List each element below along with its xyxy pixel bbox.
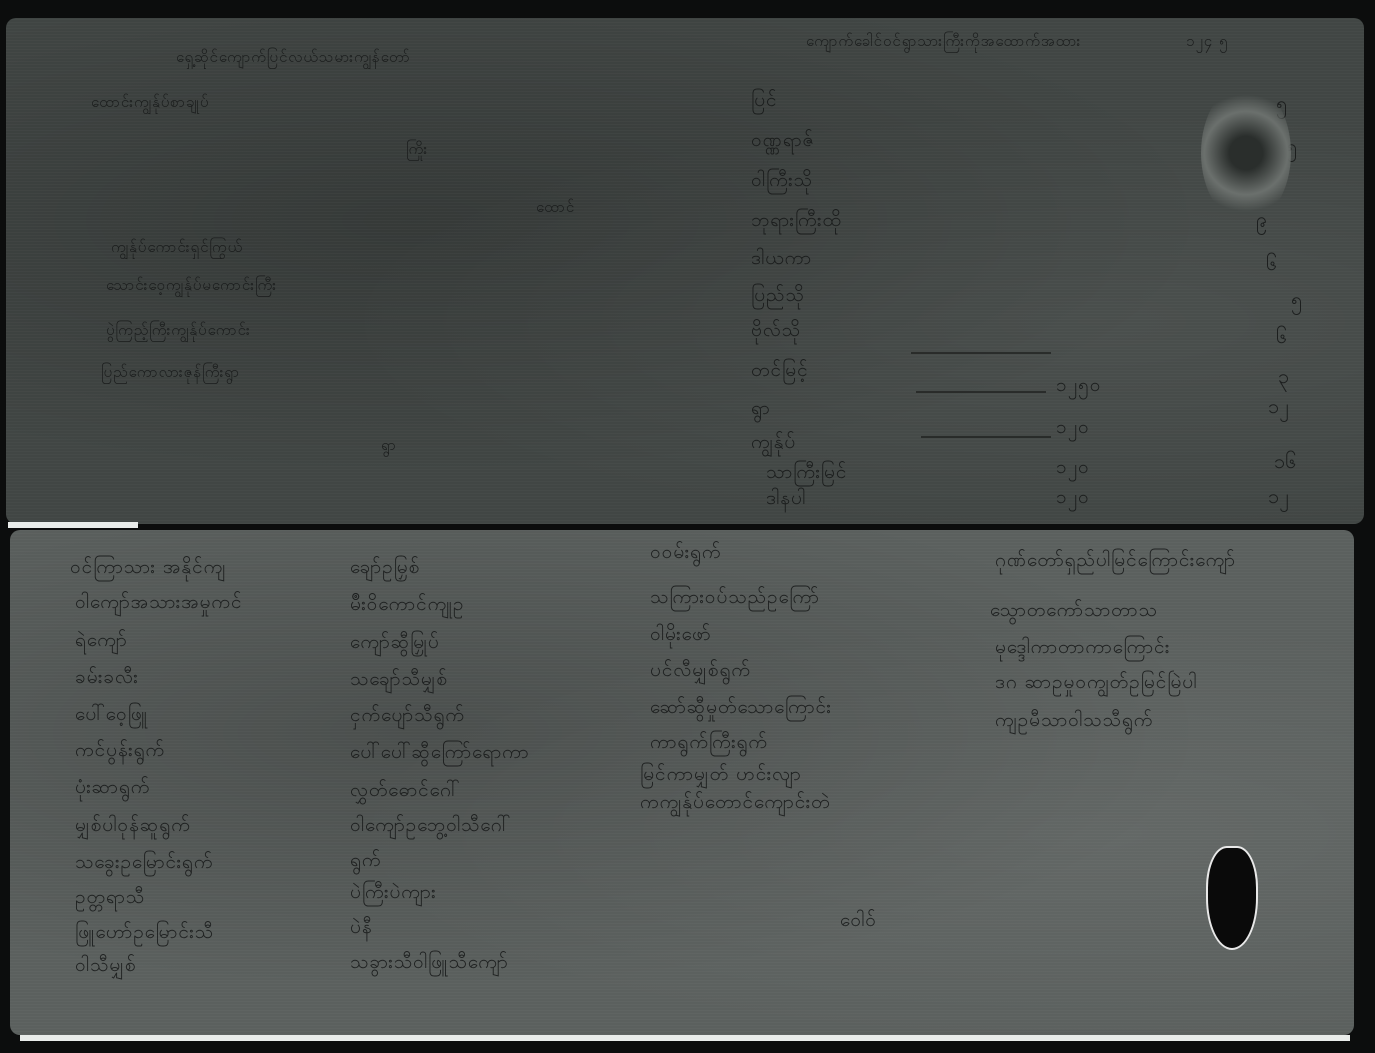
- col4-item: ဂုဏ်တော်ရှည်ပါမြင်ကြောင်းကျော်: [995, 548, 1236, 576]
- paper-hole: [1206, 846, 1258, 950]
- top-line-1: ရှေ့ဆိုင်ကျောက်ပြင်လယ်သမားကျွန်တော်: [176, 48, 411, 70]
- col1-item: သခွေးဥမြောင်းရွက်: [75, 850, 213, 878]
- page-edge: [8, 522, 138, 528]
- damage-stain: [1201, 83, 1291, 223]
- manuscript-bottom-page: ဝင်ကြာသား အနိုင်ကျ ဝါကျော်အသားအမှုကင် ရဲ…: [10, 530, 1354, 1035]
- col4-item: ကျဥမီသာဝါသသီရွက်: [995, 708, 1153, 736]
- col1-item: ဝင်ကြာသား အနိုင်ကျ: [70, 555, 226, 583]
- col3-item: ဝါမိုးဖော်: [650, 622, 712, 650]
- col1-item: ဥတ္တရာသီ: [75, 885, 145, 913]
- top-line-5: ပွဲကြည့်ကြီးကျွန်ုပ်ကောင်း: [106, 321, 251, 343]
- col3-item: ကာရွက်ကြီးရွက်: [650, 730, 768, 758]
- mid-word-2: ထောင်: [536, 198, 575, 220]
- col2-item: ရွက်: [350, 848, 382, 876]
- col3-item: ဝဝမ်းရွက်: [650, 540, 722, 568]
- footer-word: ဝေါဝ်: [840, 908, 877, 936]
- col2-item: လွှတ်ဓောင်ဂေါ်: [350, 778, 460, 806]
- list-item: သာကြီးမြင်: [766, 460, 847, 488]
- col1-item: ပုံးဆာရွက်: [75, 775, 150, 803]
- col2-item: ချော်ဥမြှစ်: [350, 555, 420, 583]
- list-item: တင်မြင့်: [751, 358, 809, 386]
- col2-item: သချော်သီမျှစ်: [350, 667, 448, 695]
- right-numeral: ၁၆: [1274, 448, 1297, 478]
- page-edge: [20, 1035, 1350, 1041]
- amount: ၁၂၀: [1056, 455, 1090, 483]
- col1-item: ခမ်းခလီး: [75, 665, 139, 693]
- col1-item: ကင်ပွန်းရွက်: [75, 738, 165, 766]
- col2-item: မိဳးဝိကောင်ကျုဥ: [350, 592, 464, 620]
- right-numeral: ၁၂: [1268, 393, 1289, 423]
- col2-item: ပေါ်ပေါ်ဆွီကြော်ရောကာ: [350, 740, 530, 768]
- header-marks: ၁၂၄ ၅: [1186, 32, 1228, 54]
- list-item: ပြင်: [751, 88, 778, 116]
- list-item: ပြည်သို: [751, 283, 805, 311]
- col2-item: သခွားသီဝါဖြူသီကျော်: [350, 950, 509, 978]
- list-item: ဝဏ္ဏရာဇ်: [751, 128, 815, 156]
- col2-item: ပဲကြီးပဲကျား: [350, 880, 437, 908]
- col1-item: ရဲကျော်: [75, 628, 128, 656]
- top-line-2: ထောင်းကျွန်ုပ်စာချုပ်: [91, 93, 209, 115]
- rule-line: [916, 391, 1046, 393]
- header-text: ကျောက်ခေါင်ဝင်ရွာသားကြီးကိုအထောက်အထား: [806, 32, 1081, 54]
- amount: ၁၂၀: [1056, 415, 1090, 443]
- list-item: ဒါယကာ: [751, 246, 812, 274]
- col2-item: ပဲနီ: [350, 915, 373, 943]
- top-line-3: ကျွန်ုပ်ကောင်းရှင်ကြွယ်: [111, 238, 243, 260]
- col1-item: ဝါကျော်အသားအမှုကင်: [75, 590, 243, 618]
- list-item: ဗိုလ်သို: [751, 318, 801, 346]
- top-line-6: ပြည်ကောလားဇုန်ကြီးရွာ: [101, 363, 240, 385]
- mid-word-3: ရွာ: [381, 436, 397, 458]
- col1-item: ဝါသီမျှစ်: [75, 953, 137, 981]
- col4-item: ဒဂ ဆာဥမှုဝကျွတ်ဥမြင်မြဲပါ: [995, 670, 1197, 698]
- right-numeral: ၆: [1266, 250, 1277, 280]
- col2-item: ကျော်ဆွီမြှုပ်: [350, 630, 440, 658]
- col1-item: မျှစ်ပါဝုန်ဆူရွက်: [75, 813, 191, 841]
- right-numeral: ၁၂: [1268, 483, 1289, 513]
- list-item: ဝါကြီးသို: [751, 168, 813, 196]
- manuscript-top-page: ကျောက်ခေါင်ဝင်ရွာသားကြီးကိုအထောက်အထား ၁၂…: [6, 18, 1364, 524]
- list-item: ဒါနပါ: [766, 486, 806, 514]
- right-numeral: ၅: [1291, 286, 1302, 316]
- col1-item: ပေါ်ဝေ့ဖြူ: [75, 702, 148, 730]
- list-item: ဘုရားကြီးထို: [751, 208, 842, 236]
- col3-item: ဆော်ဆွီမှုတ်သောကြောင်း: [650, 695, 832, 723]
- right-numeral: ၃: [1278, 363, 1289, 393]
- col1-item: ဖြူဟော်ဥမြောင်းသီ: [75, 920, 214, 948]
- list-item: ကျွန်ုပ်: [751, 430, 796, 458]
- rule-line: [921, 436, 1051, 438]
- mid-word-1: ကြိုး: [406, 140, 428, 162]
- col2-item: ဝါကျော်ဥဘွေ့ဝါသီဂေါ်: [350, 813, 511, 841]
- rule-line: [911, 352, 1051, 354]
- amount: ၁၂၀: [1056, 485, 1090, 513]
- col3-item: ကကျွန်ုပ်တောင်ကျောင်းတဲ: [640, 790, 831, 818]
- col3-item: ပင်လီမျှစ်ရွက်: [650, 658, 751, 686]
- right-numeral: ၆: [1276, 323, 1287, 353]
- col4-item: သွောတကော်သာတာသ: [990, 598, 1158, 626]
- col3-item: မြင်ကာမျှတ် ဟင်းလျာ: [640, 762, 802, 790]
- amount: ၁၂၅၀: [1056, 373, 1101, 401]
- top-line-4: သောင်းဝေ့ကျွန်ုပ်မကောင်းကြီး: [106, 276, 277, 298]
- col3-item: သကြားဝပ်သည်ဥကြော်: [650, 585, 820, 613]
- col2-item: ငှက်ပျော်သီရွက်: [350, 703, 465, 731]
- col4-item: မုဒ္ဒေါကာတာကာကြောင်း: [995, 635, 1170, 663]
- list-item: ရွာ: [751, 396, 771, 424]
